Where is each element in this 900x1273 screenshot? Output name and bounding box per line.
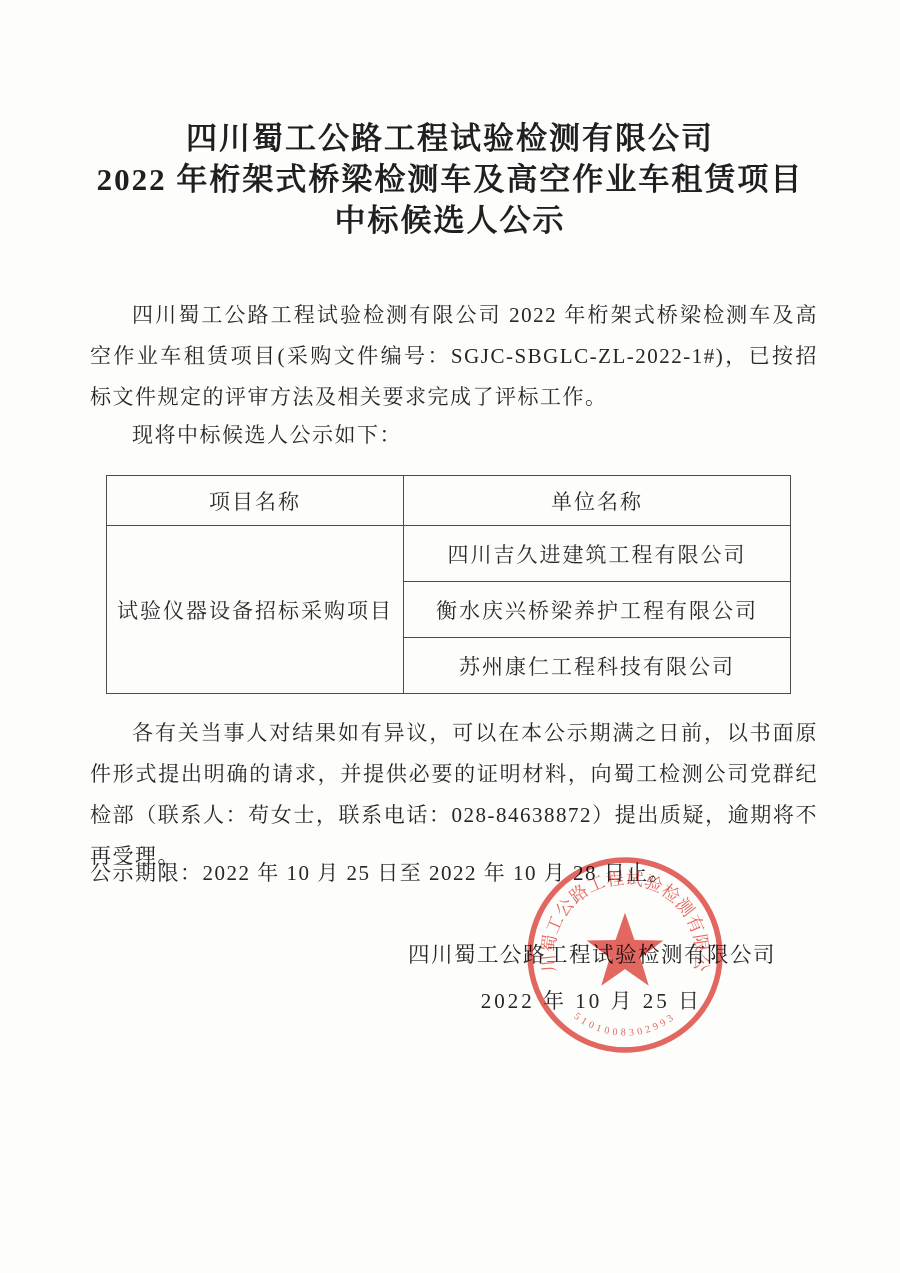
candidate-cell-2: 衡水庆兴桥梁养护工程有限公司 — [404, 582, 791, 638]
project-name-cell: 试验仪器设备招标采购项目 — [107, 526, 404, 694]
header-unit-name: 单位名称 — [404, 476, 791, 526]
title-line-announcement: 中标候选人公示 — [0, 200, 900, 241]
candidate-cell-1: 四川吉久进建筑工程有限公司 — [404, 526, 791, 582]
document-title: 四川蜀工公路工程试验检测有限公司 2022 年桁架式桥梁检测车及高空作业车租赁项… — [0, 118, 900, 241]
intro-paragraph: 四川蜀工公路工程试验检测有限公司 2022 年桁架式桥梁检测车及高空作业车租赁项… — [90, 295, 818, 418]
table-header-row: 项目名称 单位名称 — [107, 476, 791, 526]
publicity-period-paragraph: 公示期限：2022 年 10 月 25 日至 2022 年 10 月 28 日止… — [90, 853, 818, 894]
table-row: 试验仪器设备招标采购项目 四川吉久进建筑工程有限公司 — [107, 526, 791, 582]
signature-company: 四川蜀工公路工程试验检测有限公司 — [0, 938, 776, 969]
lead-in-paragraph: 现将中标候选人公示如下： — [90, 415, 818, 456]
header-project-name: 项目名称 — [107, 476, 404, 526]
signature-date: 2022 年 10 月 25 日 — [0, 985, 702, 1015]
candidate-cell-3: 苏州康仁工程科技有限公司 — [404, 638, 791, 694]
title-line-company: 四川蜀工公路工程试验检测有限公司 — [0, 118, 900, 159]
announcement-document: 四川蜀工公路工程试验检测有限公司 2022 年桁架式桥梁检测车及高空作业车租赁项… — [0, 0, 900, 1273]
title-line-project: 2022 年桁架式桥梁检测车及高空作业车租赁项目 — [0, 159, 900, 200]
candidates-table: 项目名称 单位名称 试验仪器设备招标采购项目 四川吉久进建筑工程有限公司 衡水庆… — [106, 475, 791, 694]
